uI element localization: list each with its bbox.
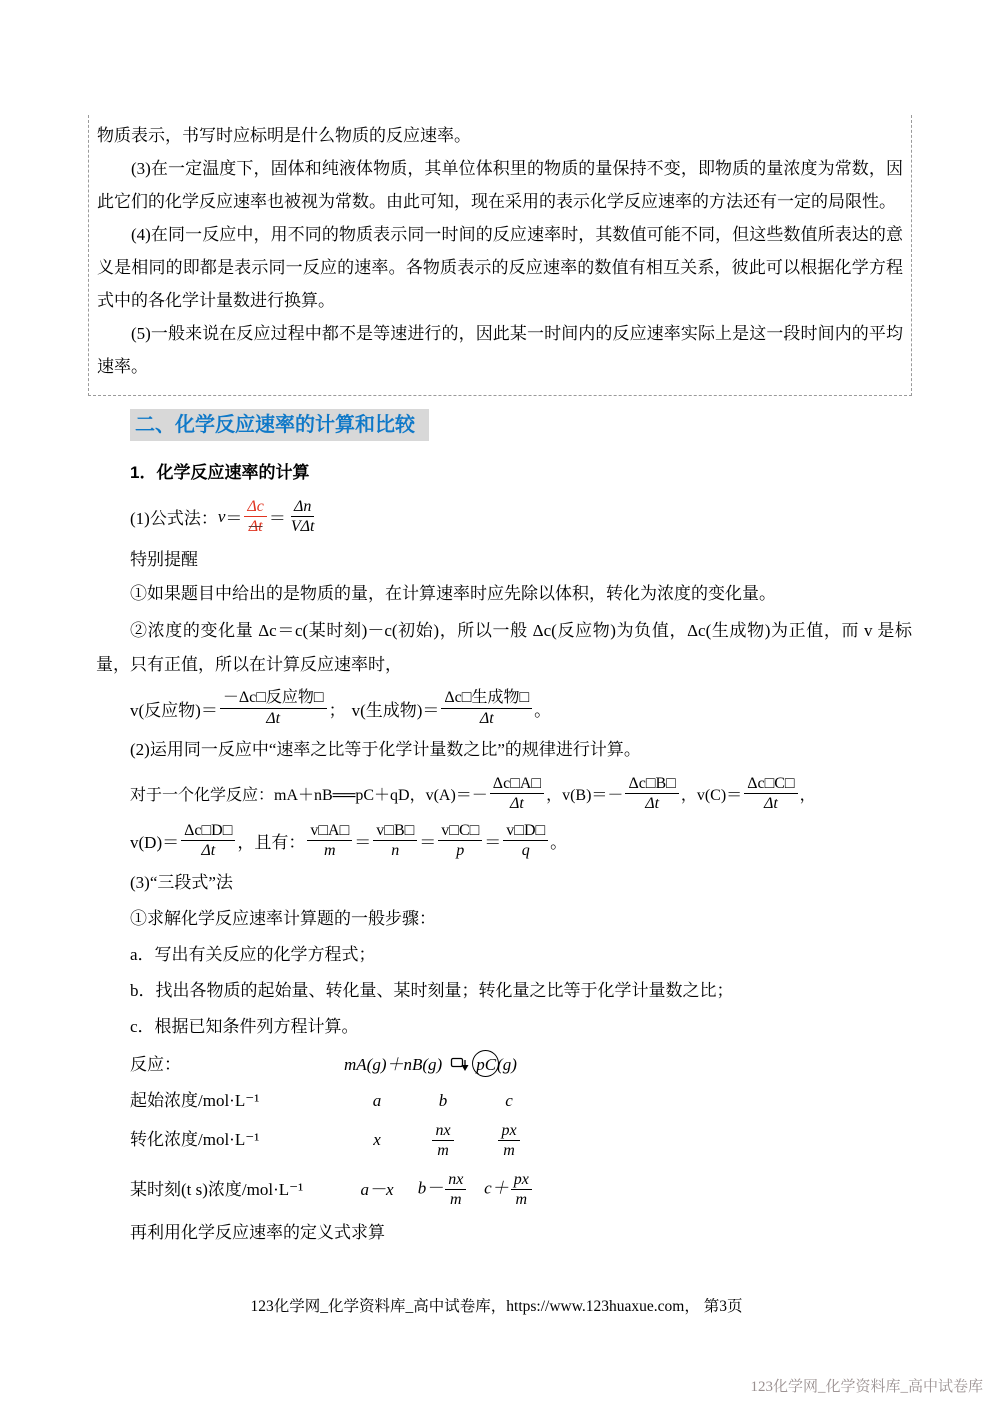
vA-lhs: v(A)＝－ [426, 782, 488, 805]
reaction-product-state: (g) [497, 1053, 517, 1077]
fraction-vB: Δc□B□ Δt [625, 774, 678, 813]
v-product-lhs: v(生成物)＝ [352, 696, 440, 721]
numerator: px [498, 1121, 519, 1141]
numerator: －Δc□反应物□ [220, 688, 327, 708]
numerator: Δn [291, 497, 314, 517]
denominator: n [388, 841, 402, 860]
numerator: Δc□生成物□ [441, 688, 532, 708]
formula-label: (1)公式法： [130, 504, 218, 529]
fraction-vC: Δc□C□ Δt [744, 774, 797, 813]
note-paragraph: (3)在一定温度下，固体和纯液体物质，其单位体积里的物质的量保持不变，即物质的量… [97, 152, 903, 218]
note-paragraph: 物质表示，书写时应标明是什么物质的反应速率。 [97, 119, 903, 152]
equals-sign: ＝ [269, 504, 286, 529]
cell-a: a [344, 1089, 410, 1113]
numerator: px [511, 1170, 532, 1190]
cell-prefix: b－ [418, 1178, 444, 1197]
period: 。 [534, 696, 551, 721]
formula-reactant-product: v(反应物)＝ －Δc□反应物□ Δt ； v(生成物)＝ Δc□生成物□ Δt… [130, 688, 993, 727]
note-paragraph: (5)一般来说在反应过程中都不是等速进行的，因此某一时间内的反应速率实际上是这一… [97, 317, 903, 383]
cell-b: b [410, 1089, 476, 1113]
row-label: 反应： [130, 1053, 344, 1077]
denominator: q [519, 841, 533, 860]
fraction-vC-over-p: v□C□ p [438, 821, 482, 860]
document-page: 物质表示，书写时应标明是什么物质的反应速率。 (3)在一定温度下，固体和纯液体物… [0, 0, 993, 1404]
comma: ， [800, 782, 816, 805]
cell-nx-m: nxm [410, 1121, 476, 1160]
tip-item-2: ②浓度的变化量 Δc＝c(某时刻)－c(初始)，所以一般 Δc(反应物)为负值，… [96, 614, 912, 682]
denominator: Δt [761, 794, 781, 813]
table-row-at-time: 某时刻(t s)浓度/mol·L⁻¹ a－x b－nxm c＋pxm [130, 1170, 993, 1209]
reaction-left: mA(g)＋nB(g) [344, 1053, 442, 1077]
v-reactant-lhs: v(反应物)＝ [130, 696, 218, 721]
watermark: 123化学网_化学资料库_高中试卷库 [750, 1375, 983, 1396]
fraction-vA-over-m: v□A□ m [307, 821, 352, 860]
fraction-product: Δc□生成物□ Δt [441, 688, 532, 727]
step-b: b．找出各物质的起始量、转化量、某时刻量；转化量之比等于化学计量数之比； [130, 979, 993, 1003]
formula-ratio-line: 对于一个化学反应：mA＋nB══pC＋qD， v(A)＝－ Δc□A□ Δt ，… [130, 774, 993, 813]
fraction-dn-vdt: Δn VΔt [288, 497, 318, 536]
denominator: m [447, 1190, 465, 1209]
fraction-vA: Δc□A□ Δt [490, 774, 544, 813]
denominator: Δt [246, 517, 266, 536]
numerator: Δc□A□ [490, 774, 544, 794]
note-paragraph: (4)在同一反应中，用不同的物质表示同一时间的反应速率时，其数值可能不同，但这些… [97, 218, 903, 317]
denominator: m [434, 1141, 452, 1160]
denominator: m [512, 1190, 530, 1209]
numerator: Δc□D□ [181, 821, 235, 841]
table-row-initial: 起始浓度/mol·L⁻¹ a b c [130, 1089, 993, 1113]
step-a: a．写出有关反应的化学方程式； [130, 943, 993, 967]
vB-lhs: v(B)＝－ [562, 782, 623, 805]
cell-c: c [476, 1089, 542, 1113]
vC-lhs: v(C)＝ [697, 782, 742, 805]
denominator: Δt [198, 841, 218, 860]
tip-item-1: ①如果题目中给出的是物质的量，在计算速率时应先除以体积，转化为浓度的变化量。 [130, 582, 993, 606]
fraction-dc-dt: Δc Δt [244, 497, 267, 536]
cell-c-plus-px-m: c＋pxm [476, 1170, 542, 1209]
denominator: Δt [642, 794, 662, 813]
fraction-vD: Δc□D□ Δt [181, 821, 235, 860]
numerator: Δc [244, 497, 267, 517]
table-row-converted: 转化浓度/mol·L⁻¹ x nxm pxm [130, 1121, 993, 1160]
cell-a-minus-x: a－x [344, 1178, 410, 1202]
cell-x: x [344, 1128, 410, 1152]
page-footer: 123化学网_化学资料库_高中试卷库，https://www.123huaxue… [0, 1294, 993, 1316]
numerator: nx [432, 1121, 453, 1141]
denominator: VΔt [288, 517, 318, 536]
numerator: v□D□ [503, 821, 548, 841]
denominator: p [453, 841, 467, 860]
ratio-prefix: 对于一个化学反应：mA＋nB══pC＋qD， [130, 782, 426, 805]
numerator: nx [445, 1170, 466, 1190]
numerator: v□A□ [307, 821, 352, 841]
note-box: 物质表示，书写时应标明是什么物质的反应速率。 (3)在一定温度下，固体和纯液体物… [88, 115, 912, 396]
numerator: Δc□B□ [625, 774, 678, 794]
step-c: c．根据已知条件列方程计算。 [130, 1015, 993, 1039]
cell-px-m: pxm [476, 1121, 542, 1160]
separator: ； [329, 696, 346, 721]
equilibrium-missing-glyph-icon [450, 1057, 469, 1072]
numerator: v□C□ [438, 821, 482, 841]
numerator: Δc□C□ [744, 774, 797, 794]
formula-rate-definition: (1)公式法： v ＝ Δc Δt ＝ Δn VΔt [130, 497, 993, 536]
table-row-reaction: 反应： mA(g)＋nB(g) pC (g) [130, 1053, 993, 1077]
method-3-title: (3)“三段式”法 [130, 871, 993, 895]
table-closing-text: 再利用化学反应速率的定义式求算 [130, 1221, 993, 1245]
period: 。 [550, 828, 567, 853]
equals-sign: ＝ [484, 828, 501, 853]
row-label: 转化浓度/mol·L⁻¹ [130, 1128, 344, 1152]
tip-title: 特别提醒 [130, 548, 993, 572]
equals-sign: ＝ [419, 828, 436, 853]
reaction-product-circled: pC [475, 1053, 497, 1077]
section-heading: 二、化学反应速率的计算和比较 [130, 409, 429, 441]
comma: ， [546, 782, 562, 805]
equals-sign: ＝ [354, 828, 371, 853]
denominator: Δt [263, 709, 283, 728]
denominator: Δt [477, 709, 497, 728]
denominator: Δt [507, 794, 527, 813]
denominator: m [321, 841, 339, 860]
denominator: m [500, 1141, 518, 1160]
method-2-text: (2)运用同一反应中“速率之比等于化学计量数之比”的规律进行计算。 [130, 738, 993, 762]
vD-lhs: v(D)＝ [130, 828, 179, 853]
row-label: 某时刻(t s)浓度/mol·L⁻¹ [130, 1178, 344, 1202]
subsection-heading: 1．化学反应速率的计算 [130, 461, 993, 485]
row-label: 起始浓度/mol·L⁻¹ [130, 1089, 344, 1113]
mid-text: ，且有： [237, 828, 305, 853]
fraction-reactant: －Δc□反应物□ Δt [220, 688, 327, 727]
method-3-intro: ①求解化学反应速率计算题的一般步骤： [130, 907, 993, 931]
fraction-vD-over-q: v□D□ q [503, 821, 548, 860]
formula-vd-line: v(D)＝ Δc□D□ Δt ，且有： v□A□ m ＝ v□B□ n ＝ v□… [130, 821, 993, 860]
var-v: v [218, 507, 226, 527]
cell-prefix: c＋ [484, 1178, 509, 1197]
equals-sign: ＝ [225, 504, 242, 529]
comma: ， [681, 782, 697, 805]
fraction-vB-over-n: v□B□ n [373, 821, 417, 860]
numerator: v□B□ [373, 821, 417, 841]
cell-b-minus-nx-m: b－nxm [410, 1170, 476, 1209]
